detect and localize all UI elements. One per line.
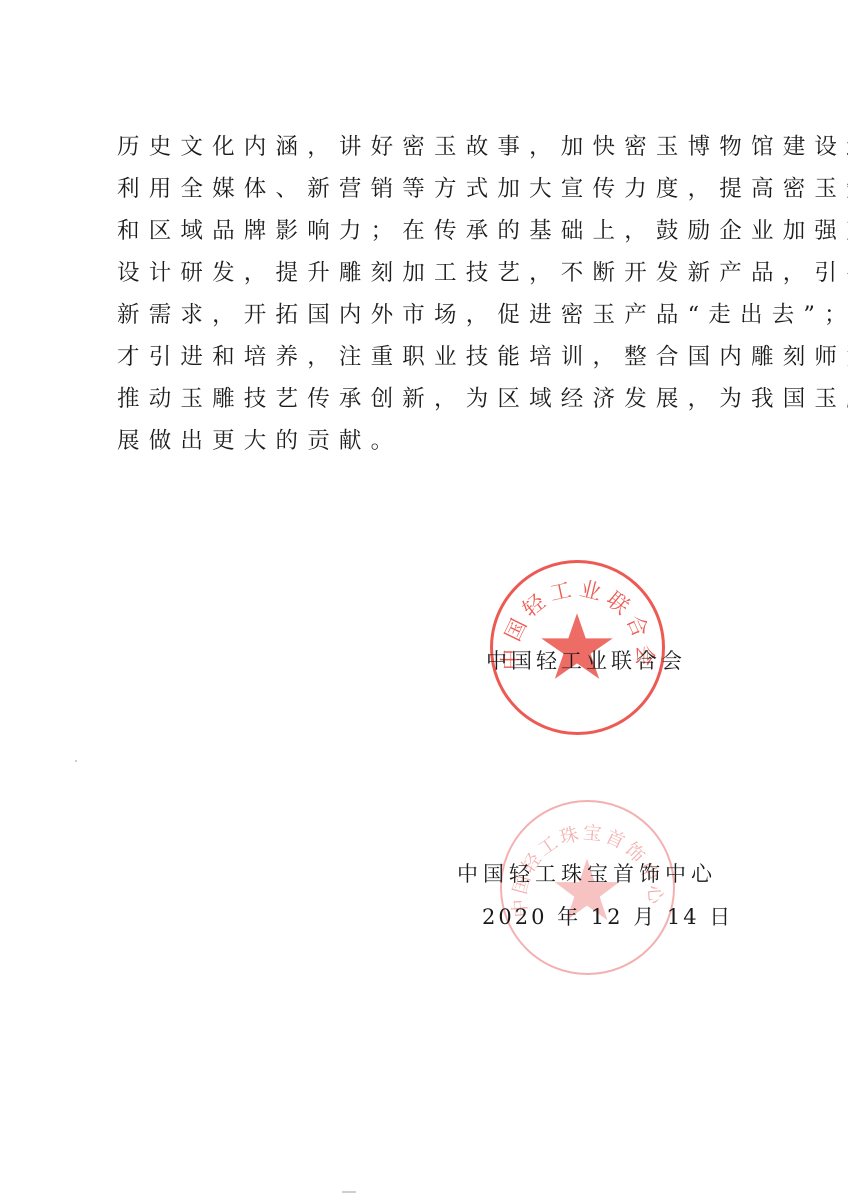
document-page: 历史文化内涵，讲好密玉故事，加快密玉博物馆建设进度， 利用全媒体、新营销等方式加… — [0, 0, 848, 1200]
paragraph: 历史文化内涵，讲好密玉故事，加快密玉博物馆建设进度， 利用全媒体、新营销等方式加… — [117, 126, 737, 462]
paragraph-line: 新需求，开拓国内外市场，促进密玉产品“走出去”；加强人 — [117, 294, 737, 336]
signature-org-jewelry-center: 中国轻工珠宝首饰中心 — [457, 858, 717, 888]
paragraph-line: 才引进和培养，注重职业技能培训，整合国内雕刻师资力量， — [117, 336, 737, 378]
paragraph-line: 推动玉雕技艺传承创新，为区域经济发展，为我国玉雕行业发 — [117, 378, 737, 420]
signature-date: 2020 年 12 月 14 日 — [482, 901, 733, 931]
signature-org-light-industry-council: 中国轻工业联合会 — [486, 645, 686, 675]
paragraph-line: 和区域品牌影响力；在传承的基础上，鼓励企业加强产品创新 — [117, 210, 737, 252]
paragraph-line: 历史文化内涵，讲好密玉故事，加快密玉博物馆建设进度， — [117, 126, 737, 168]
scan-speck — [75, 760, 77, 762]
paragraph-line: 利用全媒体、新营销等方式加大宣传力度，提高密玉知名度 — [117, 168, 737, 210]
paragraph-line: 展做出更大的贡献。 — [117, 420, 737, 462]
scan-speck — [342, 1191, 356, 1193]
paragraph-line: 设计研发，提升雕刻加工技艺，不断开发新产品，引导消费 — [117, 252, 737, 294]
